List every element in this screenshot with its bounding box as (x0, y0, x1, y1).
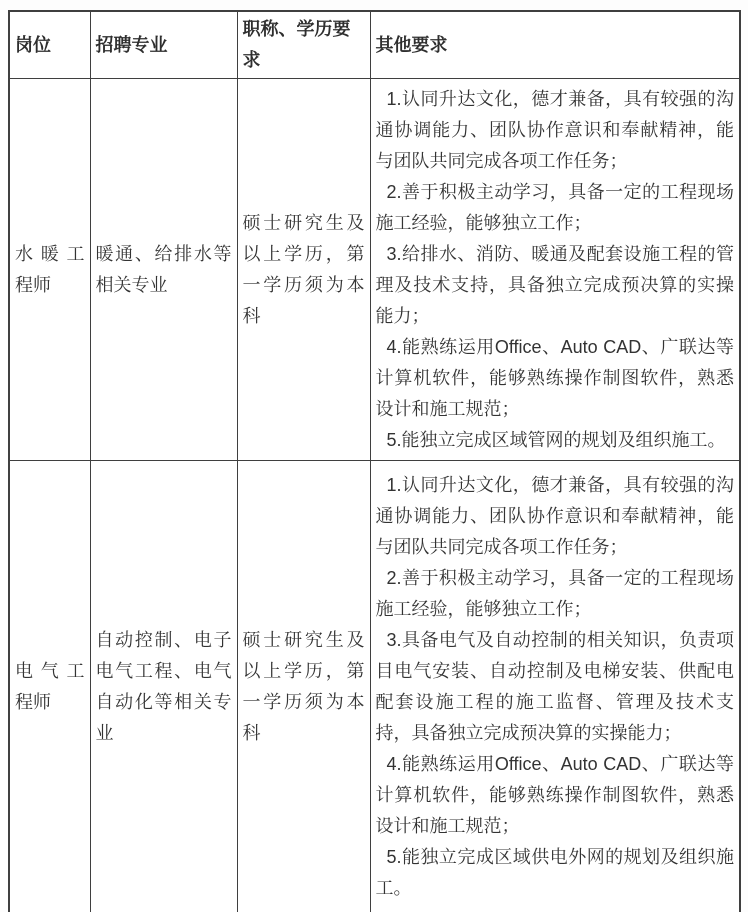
header-position: 岗位 (9, 11, 90, 79)
table-row: 电气工程师 自动控制、电子电气工程、电气自动化等相关专业 硕士研究生及以上学历，… (9, 461, 740, 912)
requirement-item: 1.认同升达文化，德才兼备，具有较强的沟通协调能力、团队协作意识和奉献精神，能与… (376, 470, 735, 563)
job-requirements-table: 岗位 招聘专业 职称、学历要求 其他要求 水暖工程师 暖通、给排水等相关专业 硕… (8, 10, 741, 912)
header-major: 招聘专业 (90, 11, 237, 79)
requirement-item: 3.给排水、消防、暖通及配套设施工程的管理及技术支持，具备独立完成预决算的实操能… (376, 239, 735, 332)
header-other-requirements: 其他要求 (370, 11, 740, 79)
requirement-item: 4.能熟练运用Office、Auto CAD、广联达等计算机软件，能够熟练操作制… (376, 332, 735, 425)
cell-major: 自动控制、电子电气工程、电气自动化等相关专业 (90, 461, 237, 912)
cell-other-requirements: 1.认同升达文化，德才兼备，具有较强的沟通协调能力、团队协作意识和奉献精神，能与… (370, 461, 740, 912)
cell-education: 硕士研究生及以上学历，第一学历须为本科 (237, 79, 370, 461)
cell-education: 硕士研究生及以上学历，第一学历须为本科 (237, 461, 370, 912)
cell-other-requirements: 1.认同升达文化，德才兼备，具有较强的沟通协调能力、团队协作意识和奉献精神，能与… (370, 79, 740, 461)
cell-position: 水暖工程师 (9, 79, 90, 461)
requirement-item: 1.认同升达文化，德才兼备，具有较强的沟通协调能力、团队协作意识和奉献精神，能与… (376, 84, 735, 177)
requirement-item: 5.能独立完成区域供电外网的规划及组织施工。 (376, 842, 735, 904)
requirement-item: 4.能熟练运用Office、Auto CAD、广联达等计算机软件，能够熟练操作制… (376, 749, 735, 842)
cell-position: 电气工程师 (9, 461, 90, 912)
page: 岗位 招聘专业 职称、学历要求 其他要求 水暖工程师 暖通、给排水等相关专业 硕… (0, 0, 748, 912)
requirement-item: 2.善于积极主动学习，具备一定的工程现场施工经验，能够独立工作； (376, 177, 735, 239)
requirement-item: 2.善于积极主动学习，具备一定的工程现场施工经验，能够独立工作； (376, 563, 735, 625)
requirement-item: 5.能独立完成区域管网的规划及组织施工。 (376, 425, 735, 456)
cell-major: 暖通、给排水等相关专业 (90, 79, 237, 461)
table-header-row: 岗位 招聘专业 职称、学历要求 其他要求 (9, 11, 740, 79)
header-education: 职称、学历要求 (237, 11, 370, 79)
requirement-item: 3.具备电气及自动控制的相关知识，负责项目电气安装、自动控制及电梯安装、供配电配… (376, 625, 735, 749)
table-row: 水暖工程师 暖通、给排水等相关专业 硕士研究生及以上学历，第一学历须为本科 1.… (9, 79, 740, 461)
